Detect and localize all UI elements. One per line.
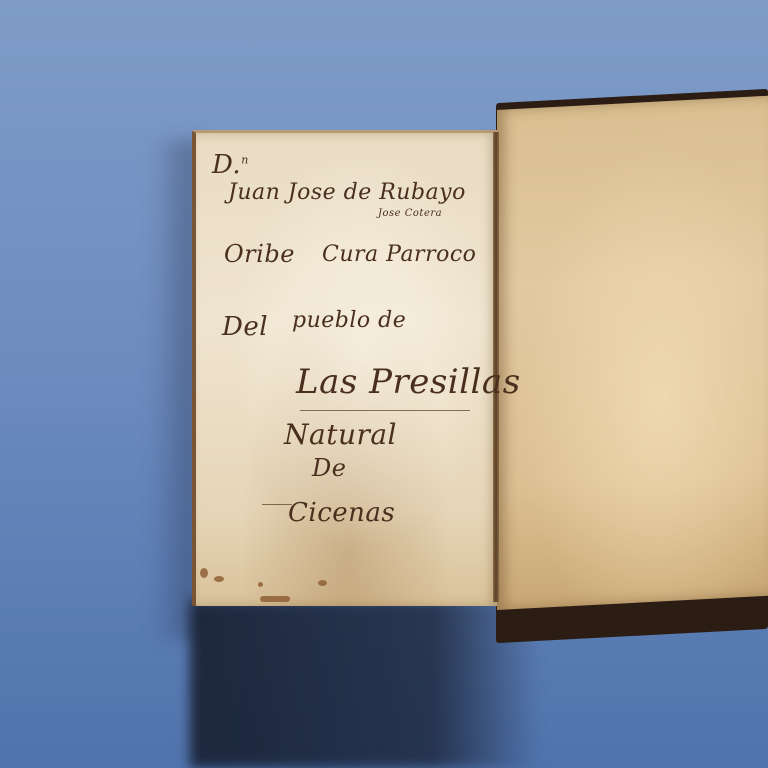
inscription-correction: Jose Cotera bbox=[378, 208, 442, 219]
stain bbox=[260, 596, 290, 602]
book-shadow-bottom bbox=[190, 600, 540, 768]
ink-rule bbox=[300, 410, 470, 411]
inscription-line-town: Las Presillas bbox=[296, 362, 521, 402]
stain bbox=[258, 582, 263, 587]
stain bbox=[214, 576, 224, 582]
inscription-line-surname: Oribe bbox=[224, 240, 295, 268]
inscription-line-birthplace: Cicenas bbox=[288, 498, 395, 528]
inscription-line-del: Del bbox=[222, 312, 268, 342]
inscription-line-natural: Natural bbox=[284, 418, 397, 451]
stain bbox=[200, 568, 208, 578]
blank-right-page bbox=[497, 96, 768, 610]
inscription-line-don: D.n bbox=[212, 150, 249, 180]
inscription-line-de: De bbox=[312, 454, 346, 482]
photo-scene: D.n Juan Jose de Rubayo Jose Cotera Orib… bbox=[0, 0, 768, 768]
inscription-line-title: Cura Parroco bbox=[322, 242, 476, 267]
inscription-line-name: Juan Jose de Rubayo bbox=[228, 180, 466, 205]
inscription-line-pueblo: pueblo de bbox=[292, 308, 406, 333]
stain bbox=[318, 580, 327, 586]
